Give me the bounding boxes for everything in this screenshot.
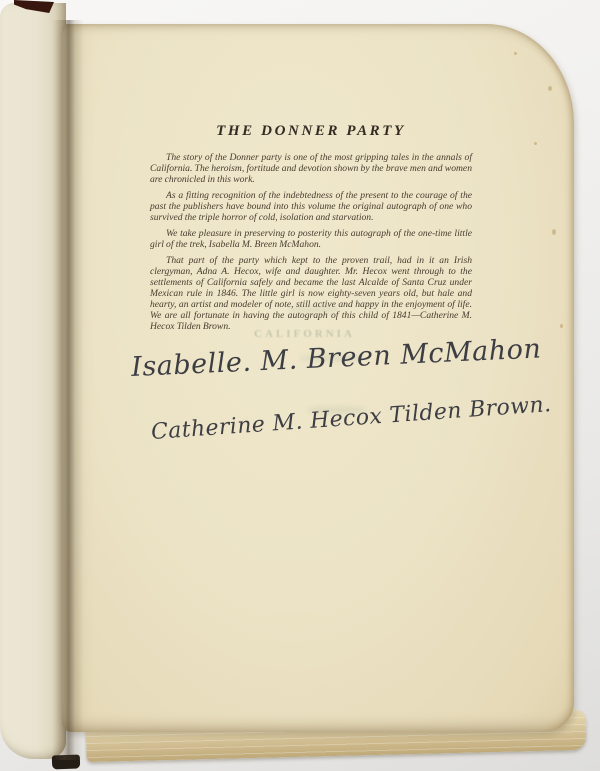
foxing-spot <box>534 142 537 145</box>
printed-text-block: THE DONNER PARTY The story of the Donner… <box>150 123 472 337</box>
paragraph: That part of the party which kept to the… <box>150 255 472 332</box>
foxing-spot <box>548 86 552 91</box>
facing-page <box>0 3 66 759</box>
foxing-spot <box>514 52 517 55</box>
book-photo: THE DONNER PARTY The story of the Donner… <box>0 0 600 771</box>
signature-catherine-hecox-tilden-brown: Catherine M. Hecox Tilden Brown. <box>150 392 552 445</box>
foxing-spot <box>560 324 563 328</box>
foxing-spot <box>552 229 556 235</box>
signature-isabelle-breen-mcmahon: Isabelle. M. Breen McMahon <box>131 333 542 383</box>
paragraph: As a fitting recognition of the indebted… <box>150 190 472 223</box>
book-page: THE DONNER PARTY The story of the Donner… <box>62 24 574 732</box>
book-spine-tail <box>52 755 80 770</box>
ghost-smudge <box>288 306 340 313</box>
paragraph: The story of the Donner party is one of … <box>150 152 472 185</box>
paragraph: We take pleasure in preserving to poster… <box>150 228 472 250</box>
ghost-show-through-text: CALIFORNIA <box>254 328 355 340</box>
page-title: THE DONNER PARTY <box>150 123 472 140</box>
